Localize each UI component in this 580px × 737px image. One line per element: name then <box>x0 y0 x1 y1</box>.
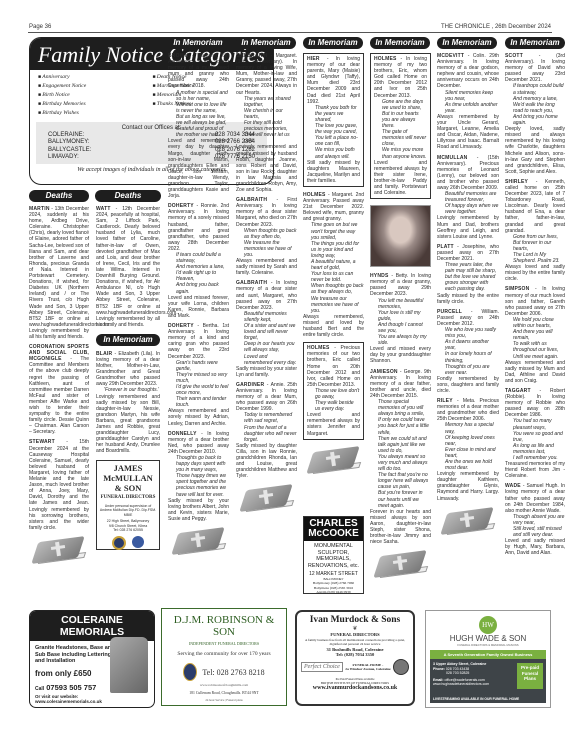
notice-verse: Though absent you are very near, <box>505 514 565 526</box>
notice-name: MCDEVITT <box>437 53 464 59</box>
memoriam-column-4: GALBRAITH - Margaret. (1st Anniversary).… <box>236 53 297 517</box>
notice-brown: BROWN - Margaret. 6th Anniversary. In lo… <box>168 53 229 199</box>
notice-verse: Time goes on but we won't forget the way… <box>303 222 364 240</box>
crest-icon <box>112 536 126 550</box>
notice-blair: BLAIR - Elizabeth (Lila). In loving memo… <box>96 351 160 455</box>
notice-mcmullan: MCMULLAN - (15th Anniversary). Precious … <box>437 155 499 240</box>
bible-icon <box>30 535 88 565</box>
notice-verse: If tears could build a stairway, <box>168 252 229 264</box>
notice-name: PURCELL <box>437 309 462 315</box>
notice-shirley: SHIRLEY - Kenneth, called home on 25th D… <box>505 179 565 283</box>
notice-verse: From the heart of a daughter who will ne… <box>236 425 297 443</box>
notice-name: MCMULLAN <box>437 155 467 161</box>
notice-doherty: DOHERTY - Bertha. 1st Anniversary. In lo… <box>168 323 229 427</box>
notice-text: - Margaret. 6th Anniversary. In loving m… <box>168 53 229 89</box>
crest-icon <box>183 663 197 681</box>
bible-icon <box>238 483 296 513</box>
notice-verse: The love you gave, the way you cared, <box>307 123 360 135</box>
notice-verse: If teardrops could build a stairway, <box>505 83 565 95</box>
notice-verse: But in our hearts you are always there. <box>374 111 427 129</box>
notice-verse: Grateful and proud of the mother we had. <box>168 126 229 138</box>
notice-scott: SCOTT - (3rd Anniversary). In loving mem… <box>505 53 565 175</box>
notice-verse: We who love you sadly miss you, <box>437 327 499 339</box>
notice-verse: Then we could sit and talk again just li… <box>370 436 431 454</box>
notice-text: - Colin. 29th Anniversary. In loving mem… <box>437 53 499 89</box>
coleraine-memorials-phone: 07593 505 757 <box>46 683 96 692</box>
notice-verse: Thoughts go back to happy days spent wit… <box>168 455 229 473</box>
notice-verse: They're missed so very much, <box>168 372 229 384</box>
section-in-memoriam-6: In Memoriam <box>370 37 430 49</box>
ornament-icon: ❦ <box>297 625 413 632</box>
perfect-choice-logo: Perfect Choice <box>301 662 343 672</box>
notice-mcdevitt: MCDEVITT - Colin. 29th Anniversary. In l… <box>437 53 499 151</box>
notice-signoff: Deeply loved, sadly missed and always re… <box>505 126 565 175</box>
notice-verse: Deep in our hearts you will always stay, <box>236 341 297 353</box>
notice-name: GALBRAITH <box>236 197 267 203</box>
notice-verse: The gate of memories will never close, <box>374 129 427 147</box>
notice-verse: The years we shared together, <box>236 96 297 108</box>
notice-verse: Gone from our lives, <box>505 234 565 240</box>
ivan-murdock-ad: Ivan Murdock & Sons ❦ FUNERAL DIRECTORS … <box>295 610 415 706</box>
notice-verse: And bring you back again. <box>168 282 229 294</box>
notice-signoff: Still sadly missed by daughters Maureen,… <box>307 160 360 184</box>
notice-name: RILEY <box>437 398 453 404</box>
notice-text: - In loving memory of our dear parents, … <box>307 56 360 105</box>
bible-icon <box>439 506 497 536</box>
notice-holmes: HOLMES - In loving memory of my two brot… <box>370 53 431 199</box>
memoriam-column-8: SCOTT - (3rd Anniversary). In loving mem… <box>505 53 565 561</box>
notice-signoff: Loved and missed forever, your wife Lorn… <box>168 295 229 319</box>
notice-text: - In loving memory of my two brothers, E… <box>374 56 427 99</box>
category-item: Engagement Notice <box>38 82 153 91</box>
notice-galbraith: GALBRAITH - First Anniversary. In loving… <box>236 197 297 276</box>
notice-verse: A mother is special and so is her name, <box>168 90 229 102</box>
notice-verse: Ever close in mind and heart, <box>437 447 499 459</box>
notice-signoff: Lovingly remembered and greatly missed b… <box>236 144 297 193</box>
section-in-memoriam-7: In Memoriam <box>437 37 497 49</box>
notice-verse: Today is remembered with sad regret, <box>236 412 297 424</box>
notice-verse: You left a place no-one can fill, <box>307 135 360 147</box>
notice-signoff: Always loved and sadly missed by the ent… <box>505 264 565 282</box>
notice-signoff: Lovingly remembered by Mum and Dad, brot… <box>437 215 499 239</box>
office-name: LIMAVADY: <box>48 154 79 161</box>
notice-signoff: Always remembered, missed and loved by h… <box>303 314 364 338</box>
notice-name: GALBRAITH <box>236 280 267 286</box>
notice-text: - Margaret. (1st Anniversary). In memory… <box>236 53 297 96</box>
notice-verse: Until we meet again. <box>505 354 565 360</box>
hw-logo: HW <box>479 616 497 634</box>
notice-signoff: Sadly missed by the entire family circle… <box>437 293 499 305</box>
notice-verse: Gran's hands were gentle, <box>168 360 229 372</box>
notice-jamieson: JAMIESON - George. 9th Anniversary. In l… <box>370 369 431 546</box>
notice-name: GALBRAITH <box>236 53 267 59</box>
notice-text: - Precious memories of our two brothers,… <box>307 345 360 388</box>
office-name: BALLYMONEY: <box>48 139 90 146</box>
headstone-image <box>110 637 148 693</box>
mcmullan-ad: JAMES McMULLAN & SON FUNERAL DIRECTORS U… <box>96 460 160 550</box>
notice-simpson: SIMPSON - In loving memory of our much l… <box>505 286 565 384</box>
notice-verse: I'd give the world to feel once more, <box>168 384 229 396</box>
section-deaths-1: Deaths <box>29 190 89 202</box>
notice-signoff: Always remembered and sorely missed by A… <box>168 408 229 426</box>
notice-signoff: Loved and remembered always by their sis… <box>374 160 427 197</box>
notice-signoff: Loved and remembered every day by daught… <box>168 138 229 199</box>
notice-gardiner: GARDINER - Annie. 25th Anniversary. In l… <box>236 382 297 480</box>
notice-verse: Of keeping loved ones near, <box>437 435 499 447</box>
bible-icon <box>372 549 430 579</box>
notice-verse: We treasure our memories we have of you. <box>303 296 364 314</box>
notice-text: - Kenneth, called home on 25th December … <box>505 179 565 234</box>
notice-name: TAGGART <box>505 388 531 394</box>
office-name: BALLYCASTLE: <box>48 147 91 154</box>
notice-name: BROWN <box>168 53 188 59</box>
notice-signoff: Forever in our hearts and missed always … <box>370 509 431 546</box>
bible-icon <box>170 526 228 556</box>
masthead: THE CHRONICLE , 26th December 2024 <box>441 24 551 30</box>
memoriam-column-6: HOLMES - In loving memory of my two brot… <box>370 53 431 583</box>
notice-verse: And bring you home again. <box>505 114 565 126</box>
memoriam-column-7: MCDEVITT - Colin. 29th Anniversary. In l… <box>437 53 499 540</box>
notice-signoff: Always remembered and sadly missed by Mu… <box>505 360 565 384</box>
notice-verse: We miss you both and always will. <box>307 147 360 159</box>
notice-signoff: Lovingly remembered by daughter Kathleen… <box>437 471 499 501</box>
deaths-column-2: WATT - 12th December 2024, peacefully at… <box>96 206 160 550</box>
coleraine-memorials-website: www.colerainememorials.co.uk <box>30 699 154 704</box>
notice-name: HOLMES <box>307 345 330 351</box>
category-item: Anniversary <box>38 73 153 82</box>
notice-signoff: Loved and missed every day by your grand… <box>370 346 431 364</box>
notice-name: HOLMES <box>303 192 326 198</box>
notice-name: SHIRLEY <box>505 179 528 185</box>
notice-verse: Silent memories keep you near, <box>437 90 499 102</box>
notice-verse: To walk with us throughout our lives, <box>505 341 565 353</box>
section-in-memoriam-8: In Memoriam <box>505 37 565 49</box>
mccooke-ad: CHARLES McCOOKE MONUMENTAL SCULPTOR, MEM… <box>303 516 364 594</box>
notice-signoff: Fondly remembered by sons, daughters and… <box>437 376 499 394</box>
notice-signoff: Loved and remembered always by sisters J… <box>307 412 360 436</box>
notice-verse: Memory has a special way, <box>437 422 499 434</box>
notice-text: - Bertha. 1st Anniversary. In loving mem… <box>168 323 229 359</box>
notice-verse: Three years later, the pain may still be… <box>437 262 499 292</box>
notice-purcell: PURCELL - William. Passed away on 24th D… <box>437 309 499 394</box>
page-number: Page 36 <box>29 24 51 30</box>
notice-stewart: STEWART - 15th December 2024 at the Caus… <box>29 439 89 530</box>
notice-watt: WATT - 12th December 2024, peacefully at… <box>96 206 160 328</box>
notice-verse: Still loved, still missed and still very… <box>505 526 565 538</box>
notice-holmes: HOLMES - Margaret. 2nd Anniversary. Pass… <box>303 192 364 338</box>
bifd-crest-icon <box>393 659 409 675</box>
prepaid-plans-badge: Pre-paid Funeral Plans <box>517 663 543 689</box>
notice-verse: You are always by my side. <box>370 334 431 346</box>
notice-verse: Of happy days when we were together. <box>437 203 499 215</box>
notice-verse: Loved and remembered every day. <box>236 354 297 366</box>
notice-coronation: CORONATION SPORTS AND SOCIAL CLUB, MCGON… <box>29 344 89 435</box>
notice-verse: They walk beside us every day. <box>307 400 360 412</box>
notice-signoff: Sadly missed by your loving brothers Alb… <box>168 498 229 522</box>
category-item: Birthday Memories <box>38 100 153 109</box>
notice-hynds: HYNDS - Betty. In loving memory of a dea… <box>370 273 431 364</box>
notice-name: MARTIN <box>29 206 50 212</box>
notice-verse: We hold you close within our hearts, <box>505 317 565 329</box>
robinson-ad: D.J.M. ROBINSON & SON INDEPENDENT FUNERA… <box>161 608 287 706</box>
notice-verse: And though I cannot see you, <box>370 322 431 334</box>
notice-wade: WADE - Samuel Hugh. In loving memory of … <box>505 483 565 556</box>
notice-signoff: Always remembered by your Uncle Gerard, … <box>437 114 499 151</box>
notice-verse: If only we could have you back for just … <box>370 417 431 435</box>
notice-verse: Those happy times we spent together and … <box>168 473 229 497</box>
notice-verse: As long as life and memories last, <box>505 443 565 455</box>
murdock-website: www.ivanmurdockandsons.co.uk <box>297 685 413 691</box>
notice-verse: Their warm and tender touch. <box>168 396 229 408</box>
notice-signoff: Always remembered and sadly missed by Sa… <box>236 258 297 276</box>
office-name: COLERAINE: <box>48 132 84 139</box>
notice-doherty: DOHERTY - Ronnie. 2nd Anniversary. In lo… <box>168 203 229 319</box>
notice-verse: Your loss to us can never be told. <box>303 271 364 283</box>
deaths-column-1: MARTIN - 13th December 2024, suddenly at… <box>29 206 89 569</box>
notice-verse: But you're forever in our hearts until w… <box>370 490 431 508</box>
notice-name: SIMPSON <box>505 286 529 292</box>
notice-galbraith: GALBRAITH - Margaret. (1st Anniversary).… <box>236 53 297 193</box>
notice-text: - The Committee and Members of the above… <box>29 356 89 435</box>
notice-text: - 15th December 2024 at the Causeway Hos… <box>29 439 89 530</box>
notice-verse: As time unfolds another year. <box>437 102 499 114</box>
notice-verse: The things you did for us in your kind a… <box>303 241 364 259</box>
notice-verse: But as long as we live, we will always b… <box>168 114 229 126</box>
notice-verse: As it dawns another year, <box>437 339 499 351</box>
notice-riley: RILEY - Meta. Precious memories of a dea… <box>437 398 499 502</box>
notice-verse: Gone are the days we used to share, <box>374 99 427 111</box>
memoriam-column-5: HIER - In loving memory of our dear pare… <box>303 53 364 479</box>
notice-name: DONNELLY <box>168 431 197 437</box>
section-in-memoriam-2: In Memoriam <box>96 334 160 346</box>
notice-verse: We treasure the memories we have of you. <box>236 240 297 258</box>
saif-logo-icon <box>132 536 144 548</box>
notice-verse: Beautiful memories silently kept, <box>236 311 297 323</box>
notice-verse: For they still hold precious memories, <box>236 120 297 132</box>
notice-verse: And memory a lane, <box>505 96 565 102</box>
notice-verse: Of a sister and aunt we loved and will n… <box>236 323 297 341</box>
memoriam-column-3: BROWN - Margaret. 6th Anniversary. In lo… <box>168 53 229 560</box>
notice-signoff: Loved and sadly missed by Hugh, Mary, Ba… <box>505 538 565 556</box>
notice-verse: Without one to love life is never the sa… <box>168 102 229 114</box>
notice-verse: Your love is still my guide, <box>370 310 431 322</box>
notice-verse: You had so many pleasant ways, <box>505 418 565 430</box>
contact-offices: Contact our Offices at: COLERAINE:028 70… <box>36 122 267 164</box>
section-deaths-2: Deaths <box>95 190 161 202</box>
notice-name: SCOTT <box>505 53 523 59</box>
notice-verse: When thoughts go back as they always do, <box>303 283 364 295</box>
notice-verse: You always meant so very much and always… <box>370 454 431 472</box>
notice-donnelly: DONNELLY - In loving memory of a dear br… <box>168 431 229 522</box>
section-in-memoriam-4: In Memoriam <box>236 37 296 49</box>
notice-martin: MARTIN - 13th December 2024, suddenly at… <box>29 206 89 340</box>
notice-verse: Are the ones we hold most dear. <box>437 459 499 471</box>
category-item: Birth Notice <box>38 91 153 100</box>
notice-verse: We'd walk the long road to reach you, <box>505 102 565 114</box>
notice-taggart: TAGGART - Robert (Robbie). In loving mem… <box>505 388 565 479</box>
notice-verse: In our lonely hours of thinking, <box>437 351 499 363</box>
notice-signoff: Treasured memories of my friend Robert f… <box>505 461 565 479</box>
notice-holmes: HOLMES - Precious memories of our two br… <box>303 342 364 439</box>
notice-hier: HIER - In loving memory of our dear pare… <box>303 53 364 187</box>
notice-verse: I'd walk right up to Heaven, <box>168 270 229 282</box>
notice-text: - Ronnie. 2nd Anniversary. In loving mem… <box>168 203 229 252</box>
notice-verse: Those we love don't go away, <box>307 388 360 400</box>
notice-galbraith: GALBRAITH - In loving memory of a dear s… <box>236 280 297 378</box>
notice-verse: And there you will remain, <box>505 329 565 341</box>
notice-verse: Beautiful memories are treasured forever… <box>437 191 499 203</box>
notice-name: DOHERTY <box>168 323 194 329</box>
notice-verse: You left me beautiful memories, <box>370 298 431 310</box>
notice-verse: A beautiful nature, a heart of gold, <box>303 259 364 271</box>
hugh-wade-ad: HW HUGH WADE & SON FUNERAL DIRECTORS & M… <box>425 610 551 708</box>
category-item: Birthday Wishes <box>38 109 153 118</box>
notice-name: HOLMES <box>374 56 397 62</box>
notice-text: - (15th Anniversary). Precious memories … <box>437 155 499 191</box>
notice-verse: The Lord is My Shepherd. Psalm 23. <box>505 252 565 264</box>
notice-verse: Thank you both for the years we shared, <box>307 105 360 123</box>
notice-signoff: Sadly missed by daughter Cilla, son in l… <box>236 443 297 480</box>
notice-name: PLATT <box>437 244 454 250</box>
notice-verse: We miss you more than anyone knows. <box>374 147 427 159</box>
notice-verse: The fact that you're no longer here will… <box>370 472 431 490</box>
notice-name: DOHERTY <box>168 203 194 209</box>
header-rule <box>28 32 552 33</box>
notice-verse: That will never let us part. <box>236 132 297 144</box>
notice-verse: Those special memories of you will alway… <box>370 399 431 417</box>
section-in-memoriam-5: In Memoriam <box>303 37 363 49</box>
notice-name: STEWART <box>29 439 55 445</box>
notice-verse: You were so good and true, <box>505 431 565 443</box>
notice-verse: When thoughts go back as they often do, <box>236 228 297 240</box>
notice-name: GARDINER <box>236 382 264 388</box>
portrait-photo <box>370 205 431 267</box>
notice-name: WADE <box>505 483 521 489</box>
section-in-memoriam-3: In Memoriam <box>168 37 228 49</box>
notice-verse: But forever in our hearts, <box>505 240 565 252</box>
coleraine-memorials-ad: COLERAINE MEMORIALS Granite Headstones, … <box>29 610 155 708</box>
notice-name: HIER <box>307 56 320 62</box>
notice-verse: We cherish in our hearts, <box>236 108 297 120</box>
notice-verse: Thoughts of you are ever near. <box>437 364 499 376</box>
bible-icon <box>305 445 363 475</box>
notice-name: HYNDS <box>370 273 389 279</box>
notice-platt: PLATT - Josephine, who passed away on 27… <box>437 244 499 305</box>
notice-signoff: Sadly missed by your sister Lyn and fami… <box>236 366 297 378</box>
notice-name: JAMIESON <box>370 369 398 375</box>
